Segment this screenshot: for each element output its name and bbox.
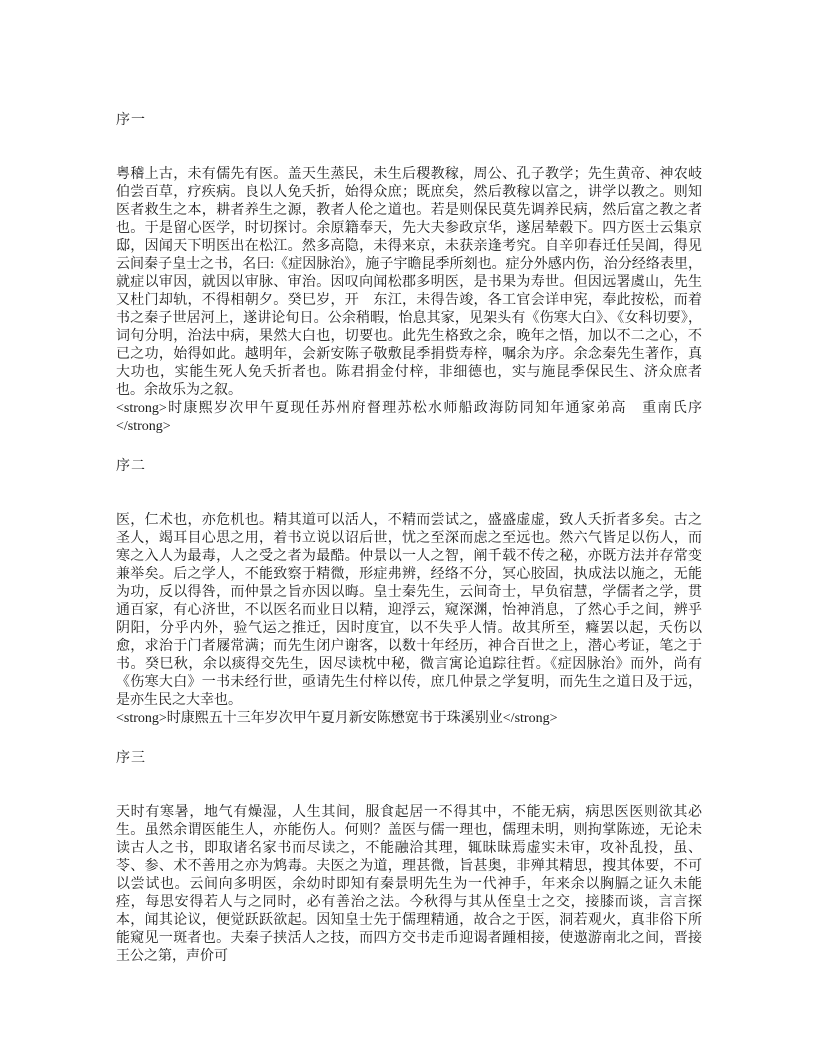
section-body-3: 天时有寒暑，地气有燥湿，人生其间，服食起居一不得其中，不能无病，病思医医则欲其必… xyxy=(116,804,702,966)
signature-line: <strong>时康熙岁次甲午夏现任苏州府督理苏松水师船政海防同知年通家弟高 重… xyxy=(116,400,702,436)
section-heading-1: 序一 xyxy=(116,112,702,130)
paragraph-text: 医，仁术也，亦危机也。精其道可以活人，不精而尝试之，盛盛虚虚，致人夭折者多矣。古… xyxy=(116,512,702,710)
section-body-2: 医，仁术也，亦危机也。精其道可以活人，不精而尝试之，盛盛虚虚，致人夭折者多矣。古… xyxy=(116,512,702,728)
paragraph-text: 天时有寒暑，地气有燥湿，人生其间，服食起居一不得其中，不能无病，病思医医则欲其必… xyxy=(116,804,702,966)
preface-section-1: 序一 粤稽上古，未有儒先有医。盖天生蒸民，未生后稷教稼，周公、孔子教学；先生黄帝… xyxy=(116,112,702,436)
preface-section-3: 序三 天时有寒暑，地气有燥湿，人生其间，服食起居一不得其中，不能无病，病思医医则… xyxy=(116,750,702,966)
document-page: 序一 粤稽上古，未有儒先有医。盖天生蒸民，未生后稷教稼，周公、孔子教学；先生黄帝… xyxy=(0,0,816,1056)
section-body-1: 粤稽上古，未有儒先有医。盖天生蒸民，未生后稷教稼，周公、孔子教学；先生黄帝、神农… xyxy=(116,166,702,436)
signature-line: <strong>时康熙五十三年岁次甲午夏月新安陈懋宽书于珠溪别业</strong… xyxy=(116,710,702,728)
paragraph-text: 粤稽上古，未有儒先有医。盖天生蒸民，未生后稷教稼，周公、孔子教学；先生黄帝、神农… xyxy=(116,166,702,400)
preface-section-2: 序二 医，仁术也，亦危机也。精其道可以活人，不精而尝试之，盛盛虚虚，致人夭折者多… xyxy=(116,458,702,728)
section-heading-2: 序二 xyxy=(116,458,702,476)
section-heading-3: 序三 xyxy=(116,750,702,768)
